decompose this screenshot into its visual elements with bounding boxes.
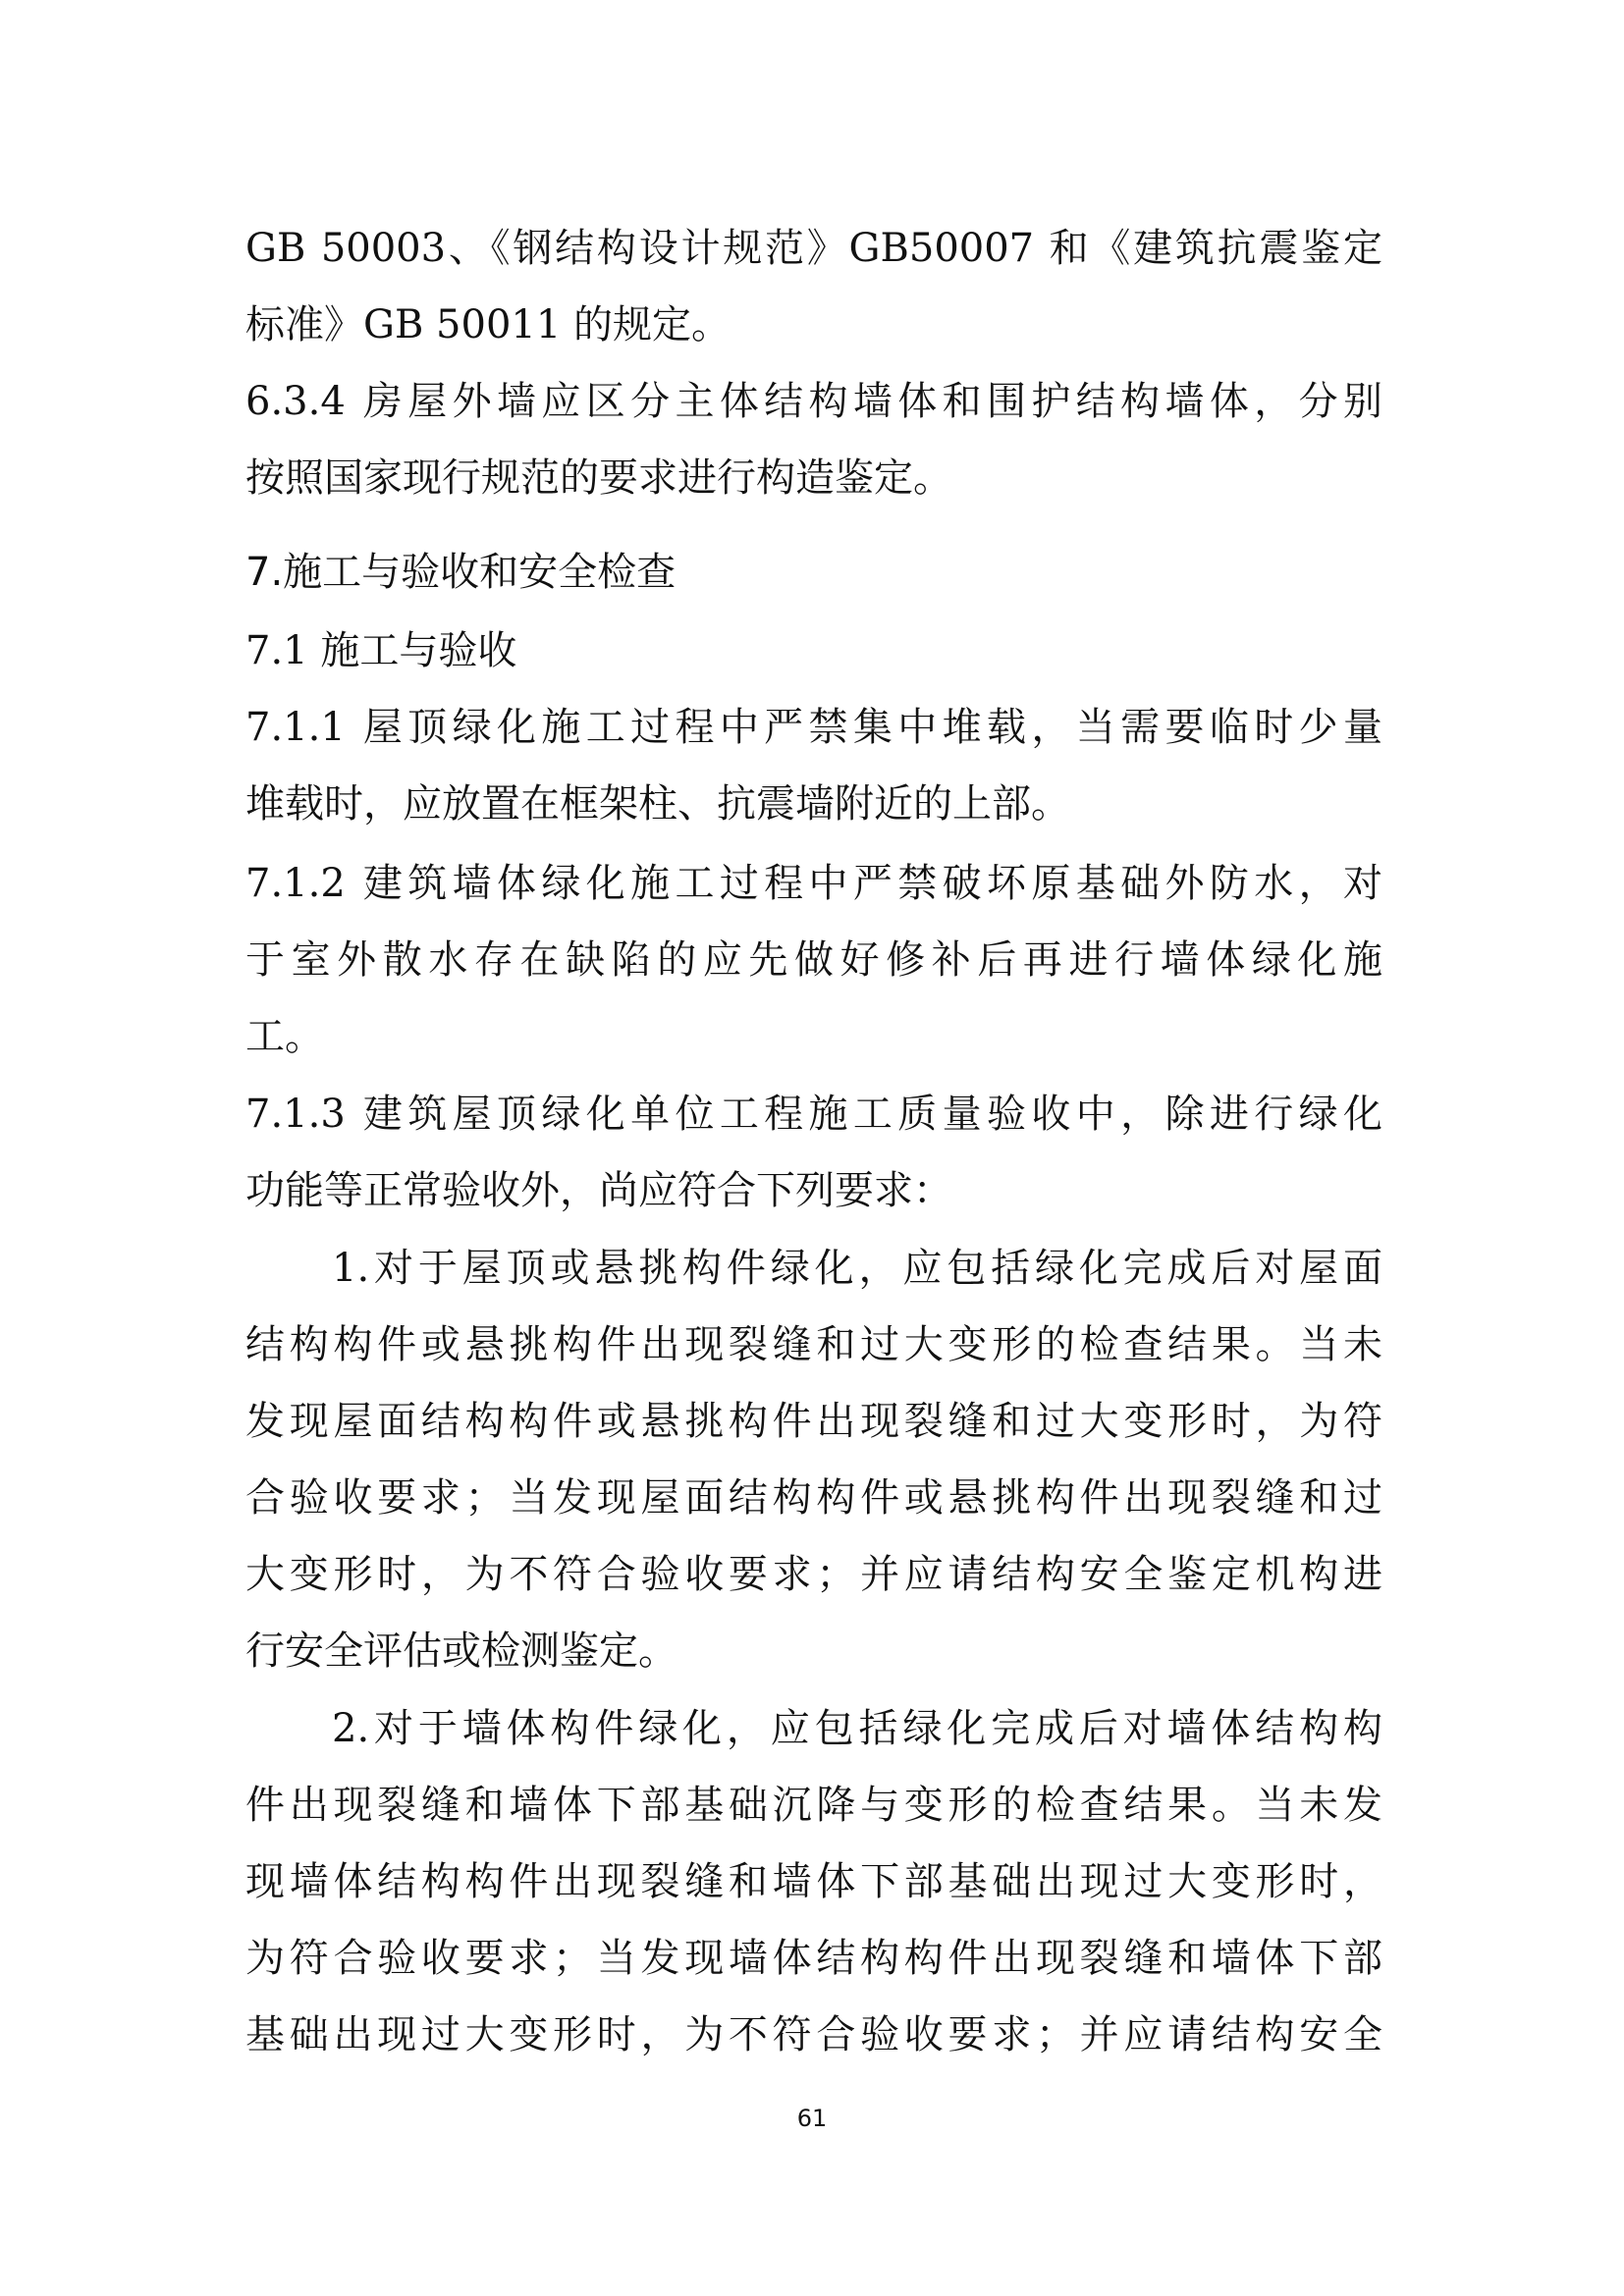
item-2-line-3: 现墙体结构构件出现裂缝和墙体下部基础出现过大变形时，: [245, 1854, 1382, 1909]
document-page: GB 50003、《钢结构设计规范》GB50007 和《建筑抗震鉴定 标准》GB…: [0, 0, 1624, 2296]
clause-7-1-1-line-1: 7.1.1 屋顶绿化施工过程中严禁集中堆载，当需要临时少量: [245, 700, 1382, 755]
clause-7-1-2-line-3: 工。: [245, 1009, 1382, 1064]
item-1-line-2: 结构构件或悬挑构件出现裂缝和过大变形的检查结果。当未: [245, 1317, 1382, 1372]
item-2-line-5: 基础出现过大变形时，为不符合验收要求；并应请结构安全: [245, 2007, 1382, 2062]
clause-7-1-3-line-1: 7.1.3 建筑屋顶绿化单位工程施工质量验收中，除进行绿化: [245, 1087, 1382, 1142]
item-1-line-4: 合验收要求；当发现屋面结构构件或悬挑构件出现裂缝和过: [245, 1470, 1382, 1525]
item-2-line-2: 件出现裂缝和墙体下部基础沉降与变形的检查结果。当未发: [245, 1778, 1382, 1833]
item-1-line-6: 行安全评估或检测鉴定。: [245, 1624, 1382, 1679]
page-number: 61: [0, 2103, 1624, 2134]
clause-7-1-2-line-1: 7.1.2 建筑墙体绿化施工过程中严禁破坏原基础外防水，对: [245, 856, 1382, 911]
item-1-line-5: 大变形时，为不符合验收要求；并应请结构安全鉴定机构进: [245, 1547, 1382, 1602]
item-1-line-1: 1.对于屋顶或悬挑构件绿化，应包括绿化完成后对屋面: [332, 1241, 1382, 1296]
clause-7-1-1-line-2: 堆载时，应放置在框架柱、抗震墙附近的上部。: [245, 776, 1382, 831]
item-1-line-3: 发现屋面结构构件或悬挑构件出现裂缝和过大变形时，为符: [245, 1394, 1382, 1449]
section-7-heading: 7.施工与验收和安全检查: [245, 545, 676, 600]
item-2-line-4: 为符合验收要求；当发现墙体结构构件出现裂缝和墙体下部: [245, 1931, 1382, 1986]
clause-6-3-4-line-2: 按照国家现行规范的要求进行构造鉴定。: [245, 451, 1382, 506]
continuation-line-2: 标准》GB 50011 的规定。: [245, 297, 1382, 352]
item-2-line-1: 2.对于墙体构件绿化，应包括绿化完成后对墙体结构构: [332, 1701, 1382, 1756]
clause-7-1-2-line-2: 于室外散水存在缺陷的应先做好修补后再进行墙体绿化施: [245, 933, 1382, 988]
continuation-line-1: GB 50003、《钢结构设计规范》GB50007 和《建筑抗震鉴定: [245, 221, 1382, 276]
clause-7-1-3-line-2: 功能等正常验收外，尚应符合下列要求：: [245, 1163, 1382, 1218]
section-7-1-heading: 7.1 施工与验收: [245, 623, 516, 678]
clause-6-3-4-line-1: 6.3.4 房屋外墙应区分主体结构墙体和围护结构墙体，分别: [245, 374, 1382, 429]
